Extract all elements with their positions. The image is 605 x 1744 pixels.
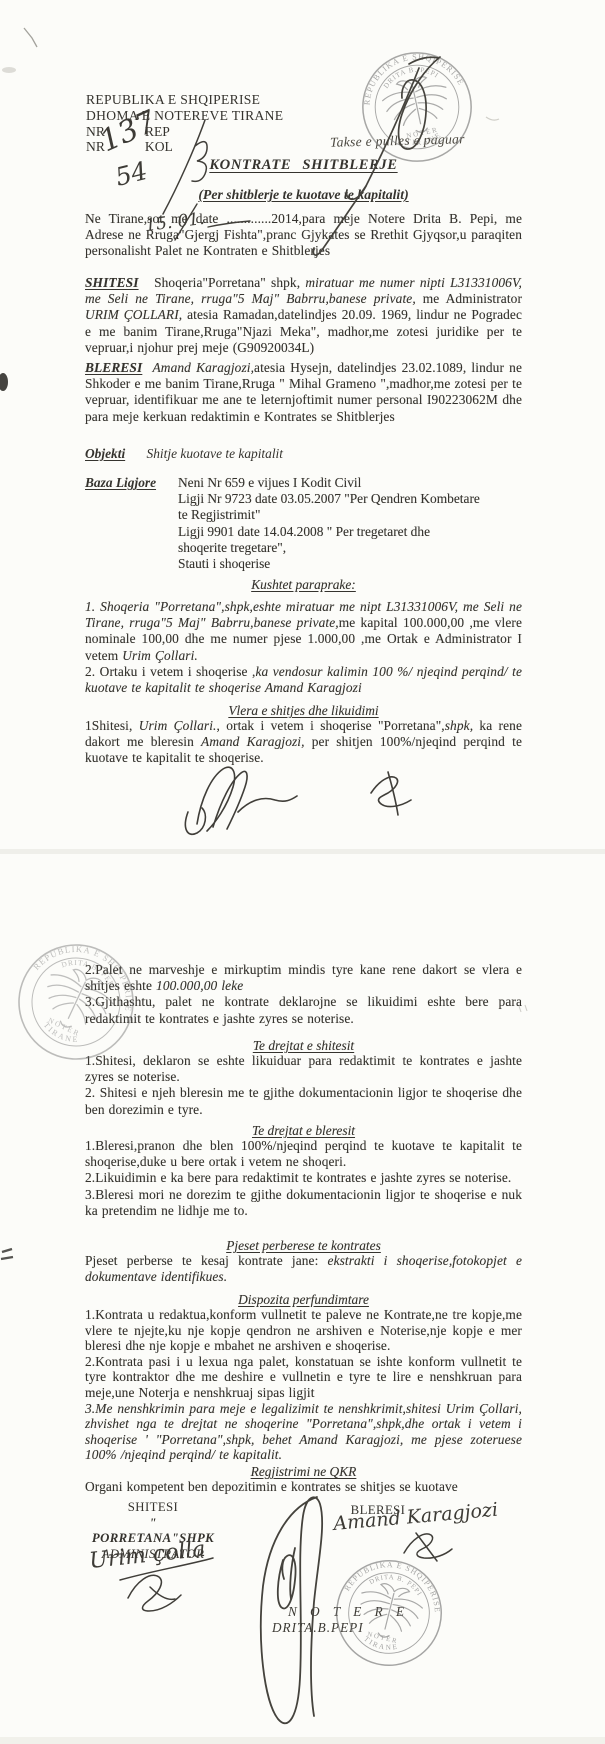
legal-basis-line: Ligji Nr 9723 date 03.05.2007 "Per Qendr…	[178, 491, 480, 523]
preconditions-2a: 2. Ortaku i vetem i shoqerise ,	[85, 664, 255, 679]
heading-seller-rights: Te drejtat e shitesit	[85, 1038, 522, 1054]
seller-rights-paragraph: 1.Shitesi, deklaron se eshte likuiduar p…	[85, 1053, 522, 1118]
seller-text-1: Shoqeria"Porretana" shpk,	[154, 275, 305, 290]
bottom-edge-band	[0, 1737, 605, 1744]
registration-paragraph: Organi kompetent ben depozitimin e kontr…	[85, 1479, 522, 1495]
seller-label: SHITESI	[85, 275, 139, 290]
scanned-contract-document: REPUBLIKA E SHQIPERISE DHOMA E NOTEREVE …	[0, 0, 605, 1744]
header-rep-number-row: NR REP	[86, 124, 283, 140]
buyer-signature-block: BLERESI	[348, 1503, 408, 1519]
preconditions-1c: Urim Çollari.	[122, 648, 198, 663]
seller-rights-1: 1.Shitesi, deklaron se eshte likuiduar p…	[85, 1053, 522, 1085]
header-chamber-line: DHOMA E NOTEREVE TIRANE	[86, 108, 283, 124]
notary-title-line: N O T E R E	[288, 1604, 409, 1620]
object-text: Shitje kuotave te kapitalit	[147, 446, 283, 461]
final-provision-2: 2.Kontrata pasi i u lexua nga palet, kon…	[85, 1354, 522, 1401]
header-kol-number-row: NR KOL	[86, 139, 283, 155]
seller-name: URIM ÇOLLARI,	[85, 307, 187, 322]
legal-basis-line: Ligji 9901 date 14.04.2008 " Per tregeta…	[178, 524, 480, 556]
buyer-paragraph: BLERESI Amand Karagjozi,atesia Hysejn, d…	[85, 360, 522, 425]
buyer-rights-paragraph: 1.Bleresi,pranon dhe blen 100%/njeqind p…	[85, 1138, 522, 1219]
notary-round-stamp-top	[353, 42, 482, 171]
heading-contract-parts: Pjeset perberese te kontrates	[85, 1238, 522, 1254]
buyer-rights-2: 2.Likuidimin e ka bere para redaktimit t…	[85, 1170, 522, 1186]
legal-basis-label: Baza Ligjore	[85, 475, 156, 490]
document-header: REPUBLIKA E SHQIPERISE DHOMA E NOTEREVE …	[86, 92, 283, 155]
rep-label: REP	[145, 124, 170, 140]
contract-subtitle: (Per shitblerje te kuotave te kapitalit)	[85, 187, 522, 203]
sale-value-paragraph: 1Shitesi, Urim Çollari., ortak i vetem i…	[85, 718, 522, 767]
contract-title: KONTRATE SHITBLERJE	[85, 157, 522, 174]
seller-signature-block: SHITESI " PORRETANA"SHPK ADMINISTRATOR	[88, 1500, 218, 1562]
preconditions-paragraph: 1. Shoqeria "Porretana",shpk,eshte mirat…	[85, 599, 522, 696]
intro-paragraph: Ne Tirane,sot me date .............2014,…	[85, 211, 522, 260]
mid-signature-seller	[185, 767, 297, 834]
intro-text: Ne Tirane,sot me date .............2014,…	[85, 211, 522, 258]
legal-basis-lines: Neni Nr 659 e vijues I Kodit Civil Ligji…	[178, 475, 480, 572]
contract-parts-a: Pjeset perberse te kesaj kontrate jane:	[85, 1253, 328, 1268]
pal-3: 3.Gjithashtu, palet ne kontrate deklaroj…	[85, 994, 522, 1025]
final-provision-3: 3.Me nenshkrimin para meje e legalizimit…	[85, 1401, 522, 1463]
nr-label: NR	[86, 139, 105, 155]
preconditions-item-2: 2. Ortaku i vetem i shoqerise ,ka vendos…	[85, 664, 522, 696]
sale-value-buyer-name: Amand Karagjozi,	[201, 734, 305, 749]
object-label: Objekti	[85, 446, 125, 461]
seller-block-company: " PORRETANA"SHPK	[88, 1516, 218, 1547]
legal-basis-line: Neni Nr 659 e vijues I Kodit Civil	[178, 475, 480, 491]
nr-rep-blank	[105, 124, 145, 140]
sale-value-seller-name: Urim Çollari.	[139, 718, 217, 733]
seller-paragraph: SHITESI Shoqeria"Porretana" shpk, miratu…	[85, 275, 522, 356]
stamp-duty-paid-note: Takse e pulles e paguar	[330, 131, 465, 151]
buyer-block-title: BLERESI	[348, 1503, 408, 1519]
agreement-value-item: 2.Palet ne marveshje e mirkuptim mindis …	[85, 962, 522, 994]
seller-block-title: SHITESI	[88, 1500, 218, 1516]
preconditions-item-1: 1. Shoqeria "Porretana",shpk,eshte mirat…	[85, 599, 522, 664]
contract-parts-paragraph: Pjeset perberse te kesaj kontrate jane: …	[85, 1253, 522, 1285]
header-republic-line: REPUBLIKA E SHQIPERISE	[86, 92, 283, 108]
buyer-text: atesia Hysejn, datelindjes 23.02.1089, l…	[85, 360, 522, 424]
buyer-label: BLERESI	[85, 360, 142, 375]
pal-amount: 100.000,00 leke	[156, 978, 243, 993]
buyer-rights-1: 1.Bleresi,pranon dhe blen 100%/njeqind p…	[85, 1138, 522, 1170]
buyer-rights-3: 3.Bleresi mori ne dorezim te gjithe doku…	[85, 1187, 522, 1219]
sale-value-4: shpk,	[445, 718, 473, 733]
pal-1: 2.Palet ne marveshje e mirkuptim mindis …	[85, 962, 522, 993]
seller-rights-2: 2. Shitesi e njeh bleresin me te gjithe …	[85, 1085, 522, 1117]
seller-block-role: ADMINISTRATOR	[88, 1547, 218, 1563]
sale-value-3: , ortak i vetem i shoqerise "Porretana",	[216, 718, 444, 733]
kol-label: KOL	[145, 139, 173, 155]
agreement-value-paragraph: 2.Palet ne marveshje e mirkuptim mindis …	[85, 962, 522, 1027]
seller-text-3: me Administrator	[423, 291, 522, 306]
notary-name-line: DRITA.B.PEPI	[272, 1620, 364, 1636]
final-provisions-paragraph: 1.Kontrata u redaktua,konform vullnetit …	[85, 1307, 522, 1463]
heading-buyer-rights: Te drejtat e bleresit	[85, 1123, 522, 1139]
heading-preconditions: Kushtet paraprake:	[85, 577, 522, 593]
heading-final-provisions: Dispozita perfundimtare	[85, 1292, 522, 1308]
buyer-name: Amand Karagjozi,	[153, 360, 255, 375]
legal-basis-line: Stauti i shoqerise	[178, 556, 480, 572]
nr-kol-blank	[105, 139, 145, 155]
nr-label: NR	[86, 124, 105, 140]
heading-sale-value: Vlera e shitjes dhe likuidimi	[85, 703, 522, 719]
sale-value-1: 1Shitesi,	[85, 718, 139, 733]
final-provision-1: 1.Kontrata u redaktua,konform vullnetit …	[85, 1307, 522, 1354]
mid-signature-buyer	[371, 772, 411, 815]
page-break-band	[0, 849, 605, 854]
object-row: Objekti Shitje kuotave te kapitalit	[85, 446, 283, 462]
liquidation-declared-item: 3.Gjithashtu, palet ne kontrate deklaroj…	[85, 994, 522, 1026]
legal-basis-label-wrap: Baza Ligjore	[85, 475, 156, 491]
heading-registration: Regjistrimi ne QKR	[85, 1464, 522, 1480]
